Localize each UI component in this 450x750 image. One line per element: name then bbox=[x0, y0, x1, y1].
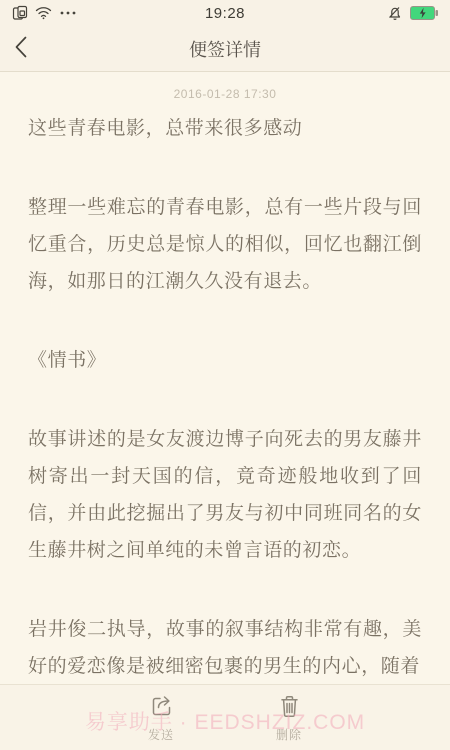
trash-icon bbox=[276, 693, 303, 723]
back-chevron-icon bbox=[14, 35, 28, 62]
note-detail-screen: 19:28 bbox=[0, 0, 450, 750]
bottom-toolbar: 发送 删除 bbox=[0, 684, 450, 750]
note-paragraph: 《情书》 bbox=[28, 342, 422, 379]
note-content-scroll[interactable]: 2016-01-28 17:30 这些青春电影，总带来很多感动 整理一些难忘的青… bbox=[0, 72, 450, 685]
note-paragraph: 这些青春电影，总带来很多感动 bbox=[28, 110, 422, 147]
header-bar: 便签详情 bbox=[0, 26, 450, 72]
note-paragraph: 故事讲述的是女友渡边博子向死去的男友藤井树寄出一封天国的信，竟奇迹般地收到了回信… bbox=[28, 421, 422, 569]
delete-button[interactable]: 删除 bbox=[259, 693, 319, 745]
status-time: 19:28 bbox=[0, 5, 450, 22]
note-paragraph: 整理一些难忘的青春电影，总有一些片段与回忆重合，历史总是惊人的相似，回忆也翻江倒… bbox=[28, 189, 422, 300]
send-button[interactable]: 发送 bbox=[131, 693, 191, 745]
note-paragraph: 岩井俊二执导，故事的叙事结构非常有趣，美好的爱恋像是被细密包裹的男生的内心，随着 bbox=[28, 611, 422, 685]
page-title: 便签详情 bbox=[189, 36, 261, 62]
send-label: 发送 bbox=[148, 726, 174, 743]
note-body: 这些青春电影，总带来很多感动 整理一些难忘的青春电影，总有一些片段与回忆重合，历… bbox=[28, 110, 422, 685]
note-timestamp: 2016-01-28 17:30 bbox=[28, 86, 422, 102]
status-bar: 19:28 bbox=[0, 0, 450, 26]
back-button[interactable] bbox=[14, 26, 50, 71]
share-icon bbox=[148, 693, 175, 723]
delete-label: 删除 bbox=[276, 726, 302, 743]
